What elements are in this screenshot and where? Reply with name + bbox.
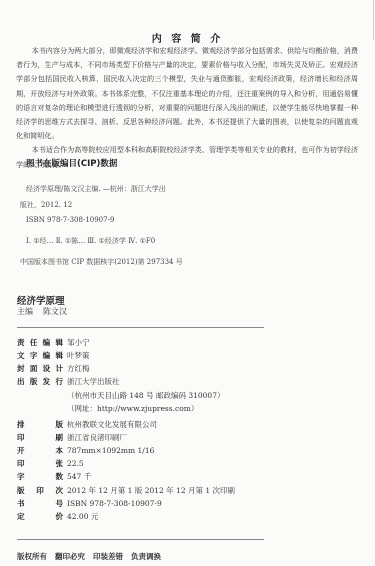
cip-line: 版社，2012. 12 (20, 200, 72, 210)
info-value: ISBN 978-7-308-10907-9 (67, 497, 162, 510)
info-value: 547 千 (67, 470, 91, 483)
info-label: 版印次 (17, 484, 63, 497)
info-label-char: 面 (30, 362, 38, 375)
info-label-char: 价 (56, 510, 64, 523)
info-label: 定价 (17, 510, 63, 523)
info-label-char: 印 (36, 484, 44, 497)
info-label-char: 辑 (55, 349, 63, 362)
rights-item: 印装差错 (93, 552, 123, 561)
info-value: 浙江大学出版社 (67, 375, 120, 388)
info-label-char: 开 (17, 444, 25, 457)
info-label-char: 辑 (55, 336, 63, 349)
info-label: 字数 (17, 470, 63, 483)
intro-title: 内 容 简 介 (0, 30, 375, 45)
info-label-char: 行 (55, 375, 63, 388)
info-label: 封面设计 (17, 362, 63, 375)
info-label-char: 印 (17, 431, 25, 444)
info-label: 印张 (17, 457, 63, 470)
info-value: 邹小宁 (67, 336, 90, 349)
rights-statement: 版权所有翻印必究印装差错负责调换 (17, 551, 169, 562)
info-label-char: 张 (56, 457, 64, 470)
info-label-char: 字 (30, 349, 38, 362)
info-label: 排版 (17, 418, 63, 431)
info-label: 印刷 (17, 431, 63, 444)
info-label-char: 定 (17, 510, 25, 523)
chief-editor-name: 陈文汉 (43, 307, 67, 316)
cip-title: 图书在版编目(CIP)数据 (26, 157, 117, 169)
divider (17, 539, 264, 540)
rights-item: 翻印必究 (55, 552, 85, 561)
info-value: 787mm×1092mm 1/16 (67, 444, 154, 457)
info-label-char: 次 (56, 484, 64, 497)
info-label-char: 任 (30, 336, 38, 349)
divider (17, 327, 264, 328)
info-label-char: 版 (17, 484, 25, 497)
intro-paragraph: 本书内容分为两大部分，即微观经济学和宏观经济学。微观经济学部分包括需求、供给与均… (16, 44, 358, 143)
info-label-char: 本 (56, 444, 64, 457)
info-label-char: 设 (43, 362, 51, 375)
info-label-char: 责 (17, 336, 25, 349)
cip-verification: 中国版本图书馆 CIP 数据核字(2012)第 297334 号 (20, 257, 183, 267)
info-label-char: 印 (17, 457, 25, 470)
cip-classification: Ⅰ. ①经… Ⅱ. ①陈… Ⅲ. ①经济学 Ⅳ. ①F0 (26, 236, 155, 246)
info-value: （杭州市天目山路 148 号 邮政编码 310007） (67, 389, 224, 402)
rights-item: 版权所有 (17, 552, 47, 561)
copyright-page: 内 容 简 介 本书内容分为两大部分，即微观经济学和宏观经济学。微观经济学部分包… (0, 0, 375, 566)
info-label-char: 发 (43, 375, 51, 388)
info-value: 22.5 (67, 457, 84, 470)
info-value: 方红梅 (67, 362, 90, 375)
info-label-char: 版 (56, 418, 64, 431)
info-label-char: 数 (56, 470, 64, 483)
cip-line: 经济学原理/陈文汉主编. —杭州：浙江大学出 (26, 184, 166, 194)
info-label-char: 书 (17, 497, 25, 510)
info-label-char: 编 (43, 336, 51, 349)
info-label-char: 出 (17, 375, 25, 388)
chief-editor: 主编陈文汉 (17, 306, 77, 317)
info-label: 出版发行 (17, 375, 63, 388)
info-value: 42.00 元 (67, 510, 98, 523)
info-label: 书号 (17, 497, 63, 510)
info-value: 叶梦策 (67, 349, 90, 362)
info-value: 杭州教联文化发展有限公司 (67, 418, 157, 431)
info-label-char: 字 (17, 470, 25, 483)
info-label: 文字编辑 (17, 349, 63, 362)
rights-item: 负责调换 (131, 552, 161, 561)
info-label-char: 计 (55, 362, 63, 375)
info-label-char: 封 (17, 362, 25, 375)
info-label-char: 号 (56, 497, 64, 510)
info-value: 2012 年 12 月第 1 版 2012 年 12 月第 1 次印刷 (67, 484, 235, 497)
info-label-char: 排 (17, 418, 25, 431)
book-title: 经济学原理 (17, 293, 65, 307)
info-label-char: 文 (17, 349, 25, 362)
info-label: 开本 (17, 444, 63, 457)
chief-editor-label: 主编 (17, 307, 33, 316)
info-label-char: 版 (30, 375, 38, 388)
info-label-char: 编 (43, 349, 51, 362)
cip-isbn: ISBN 978-7-308-10907-9 (26, 216, 114, 224)
info-value: （网址：http://www.zjupress.com） (67, 402, 198, 415)
info-value: 浙江省良渚印刷厂 (67, 431, 127, 444)
info-label: 责任编辑 (17, 336, 63, 349)
intro-body: 本书内容分为两大部分，即微观经济学和宏观经济学。微观经济学部分包括需求、供给与均… (16, 44, 358, 172)
info-label-char: 刷 (56, 431, 64, 444)
